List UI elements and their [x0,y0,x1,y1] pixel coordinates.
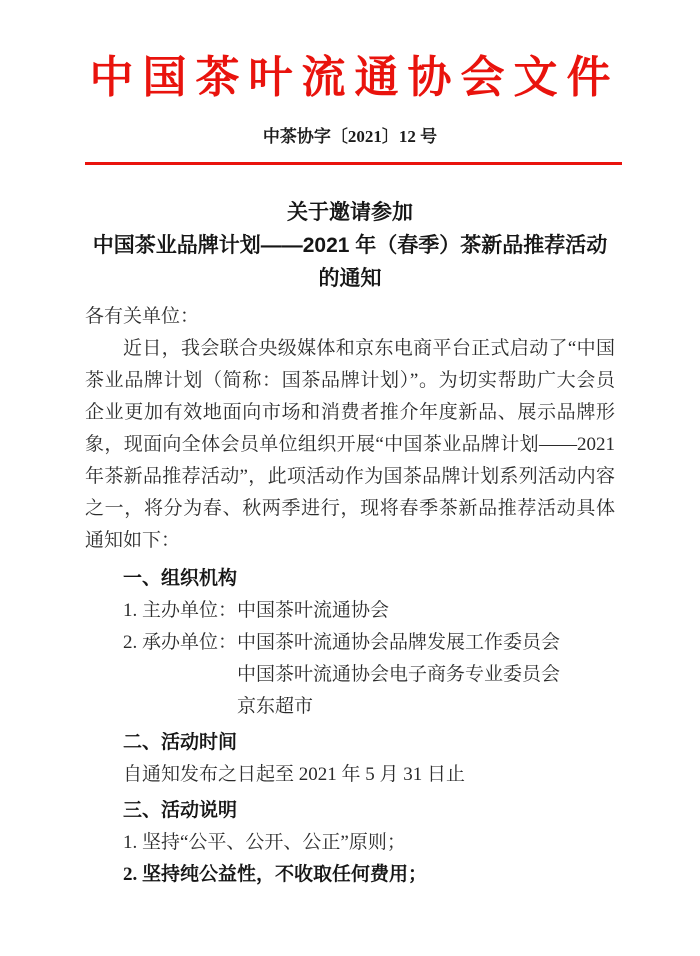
organizer-name: 中国茶叶流通协会品牌发展工作委员会 [237,627,615,659]
notice-title: 关于邀请参加 中国茶业品牌计划——2021 年（春季）茶新品推荐活动 的通知 [0,196,700,295]
notice-title-line-3: 的通知 [0,262,700,295]
section-heading-activity-time: 二、活动时间 [85,727,615,759]
organizer-label: 2. 承办单位： [123,627,237,659]
section-heading-activity-notes: 三、活动说明 [85,795,615,827]
notice-title-line-1: 关于邀请参加 [0,196,700,229]
host-unit-item: 1. 主办单位：中国茶叶流通协会 [85,595,615,627]
section-heading-organization: 一、组织机构 [85,563,615,595]
organizer-name: 中国茶叶流通协会电子商务专业委员会 [237,659,615,691]
intro-paragraph: 近日，我会联合央级媒体和京东电商平台正式启动了“中国茶业品牌计划（简称：国茶品牌… [85,333,615,557]
doc-number: 中茶协字〔2021〕12 号 [0,125,700,149]
principle-item-1: 1. 坚持“公平、公开、公正”原则； [85,827,615,859]
document-page: 中国茶叶流通协会文件 中茶协字〔2021〕12 号 关于邀请参加 中国茶业品牌计… [0,0,700,956]
principle-item-2: 2. 坚持纯公益性，不收取任何费用； [85,859,615,891]
activity-time-text: 自通知发布之日起至 2021 年 5 月 31 日止 [85,759,615,791]
organizer-name: 京东超市 [237,691,615,723]
organizer-name-list: 中国茶叶流通协会品牌发展工作委员会 中国茶叶流通协会电子商务专业委员会 京东超市 [237,627,615,723]
letterhead-title: 中国茶叶流通协会文件 [0,52,700,103]
organizer-item: 2. 承办单位： 中国茶叶流通协会品牌发展工作委员会 中国茶叶流通协会电子商务专… [85,627,615,723]
salutation: 各有关单位： [85,301,615,333]
document-body: 各有关单位： 近日，我会联合央级媒体和京东电商平台正式启动了“中国茶业品牌计划（… [85,301,615,891]
notice-title-line-2: 中国茶业品牌计划——2021 年（春季）茶新品推荐活动 [0,229,700,262]
red-separator-line [85,162,622,165]
